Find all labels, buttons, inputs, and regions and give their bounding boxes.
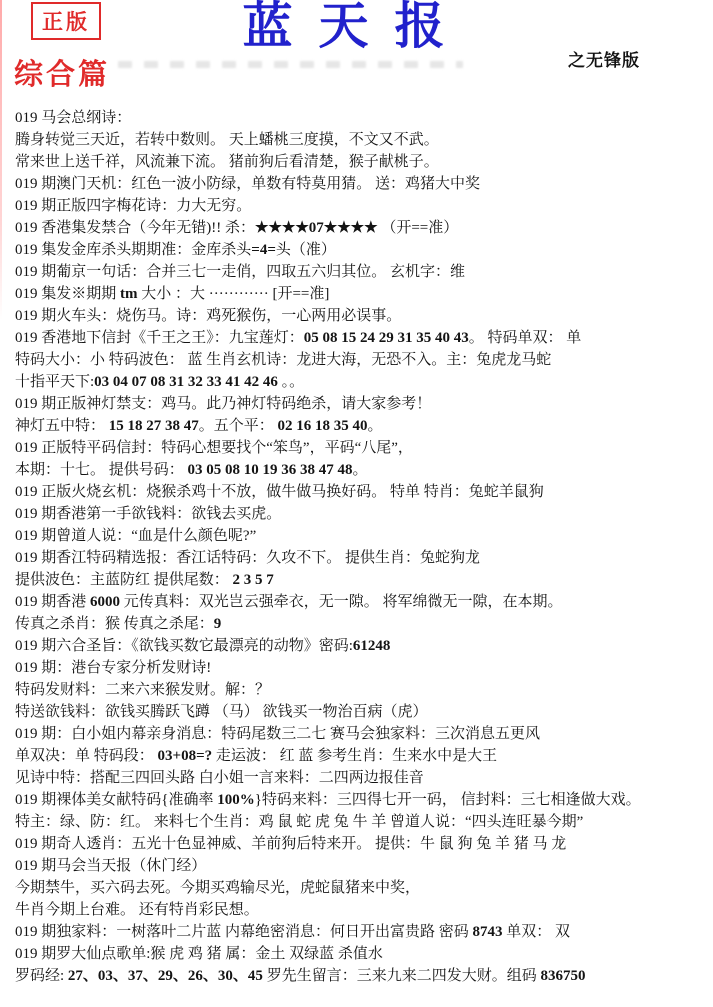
report-line: 019 集发金库杀头期期准：金库杀头=4=头（准） [15,239,711,261]
report-line: 提供波色：主蓝防红 提供尾数： 2 3 5 7 [15,569,711,591]
report-line: 019 期香港 6000 元传真料：双光岂云强牵衣，无一隙。 将军绵微无一隙，在… [15,591,711,613]
report-line: 019 期：港台专家分析发财诗! [15,657,711,679]
report-line: 019 期正版四字梅花诗：力大无穷。 [15,195,711,217]
report-line: 牛肖今期上台难。 还有特肖彩民想。 [15,899,711,921]
report-line: 019 期澳门天机：红色一波小防绿，单数有特莫用猜。 送：鸡猪大中奖 [15,173,711,195]
report-line: 019 期罗大仙点歌单:猴 虎 鸡 猪 属：金土 双绿蓝 杀值水 [15,943,711,965]
report-line: 019 期：白小姐内幕亲身消息：特码尾数三二七 赛马会独家料：三次消息五更风 [15,723,711,745]
report-line: 019 正版火烧玄机：烧猴杀鸡十不放，做牛做马换好码。 特单 特肖：兔蛇羊鼠狗 [15,481,711,503]
report-line: 特送欲钱料：欲钱买腾跃飞蹲 （马） 欲钱买一物治百病（虎） [15,701,711,723]
report-line: 本期：十七。 提供号码： 03 05 08 10 19 36 38 47 48。 [15,459,711,481]
report-line: 常来世上送千祥，风流兼下流。 猪前狗后看清楚，猴子献桃子。 [15,151,711,173]
report-line: 见诗中特：搭配三四回头路 白小姐一言来料：二四两边报佳音 [15,767,711,789]
report-line: 神灯五中特： 15 18 27 38 47。五个平： 02 16 18 35 4… [15,415,711,437]
report-line: 特主：绿、防：红。 来料七个生肖：鸡 鼠 蛇 虎 兔 牛 羊 曾道人说：“四头连… [15,811,711,833]
report-line: 罗码经: 27、03、37、29、26、30、45 罗先生留言：三来九来二四发大… [15,965,711,987]
report-line: 特码大小：小 特码波色： 蓝 生肖玄机诗：龙进大海，无恐不入。主：兔虎龙马蛇 [15,349,711,371]
report-line: 019 正版特平码信封：特码心想要找个“笨鸟”，平码“八尾”， [15,437,711,459]
report-line: 019 期独家料：一树落叶二片蓝 内幕绝密消息：何日开出富贵路 密码 8743 … [15,921,711,943]
section-heading: 综合篇 [14,52,110,93]
report-line: 特码发财料：二来六来猴发财。解：？ [15,679,711,701]
report-line: 十指平天下:03 04 07 08 31 32 33 41 42 46 。。 [15,371,711,393]
report-line: 腾身转觉三天近，若转中数则。 天上蟠桃三度摸，不文又不武。 [15,129,711,151]
report-line: 019 期曾道人说：“血是什么颜色呢?” [15,525,711,547]
report-line: 019 马会总纲诗： [15,107,711,129]
report-line: 019 香港地下信封《千王之王》：九宝莲灯：05 08 15 24 29 31 … [15,327,711,349]
report-line: 单双决：单 特码段： 03+08=? 走运波： 红 蓝 参考生肖：生来水中是大王 [15,745,711,767]
report-line: 今期禁牛，买六码去死。今期买鸡输尽光，虎蛇鼠猪来中奖， [15,877,711,899]
report-line: 019 期奇人透肖：五光十色显神威、羊前狗后特来开。 提供：牛 鼠 狗 兔 羊 … [15,833,711,855]
report-line: 019 香港集发禁合（今年无错)!! 杀：★★★★07★★★★ （开==准） [15,217,711,239]
newspaper-page: 正版 蓝天报 之无锋版 综合篇 019 马会总纲诗：腾身转觉三天近，若转中数则。… [0,0,713,1007]
report-line: 019 期葡京一句话：合并三七一走俏，四取五六归其位。 玄机字：维 [15,261,711,283]
report-line: 019 期正版神灯禁支：鸡马。此乃神灯特码绝杀，请大家参考！ [15,393,711,415]
report-line: 019 期香港第一手欲钱料：欲钱去买虎。 [15,503,711,525]
faded-print-artifact [118,61,463,68]
report-line: 019 期火车头：烧伤马。诗：鸡死猴伤，一心两用必误事。 [15,305,711,327]
report-body: 019 马会总纲诗：腾身转觉三天近，若转中数则。 天上蟠桃三度摸，不文又不武。常… [15,107,711,987]
edition-label: 之无锋版 [568,46,640,71]
report-line: 019 期六合圣旨：《欲钱买数它最漂亮的动物》密码:61248 [15,635,711,657]
report-line: 019 期马会当天报（休门经） [15,855,711,877]
report-line: 019 集发※期期 tm 大小 ：大 ············ [开==准] [15,283,711,305]
report-line: 019 期香江特码精选报：香江话特码：久攻不下。 提供生肖：兔蛇狗龙 [15,547,711,569]
report-line: 传真之杀肖：猴 传真之杀尾：9 [15,613,711,635]
report-line: 019 期裸体美女献特码{准确率 100%}特码来料：三四得七开一码， 信封料：… [15,789,711,811]
